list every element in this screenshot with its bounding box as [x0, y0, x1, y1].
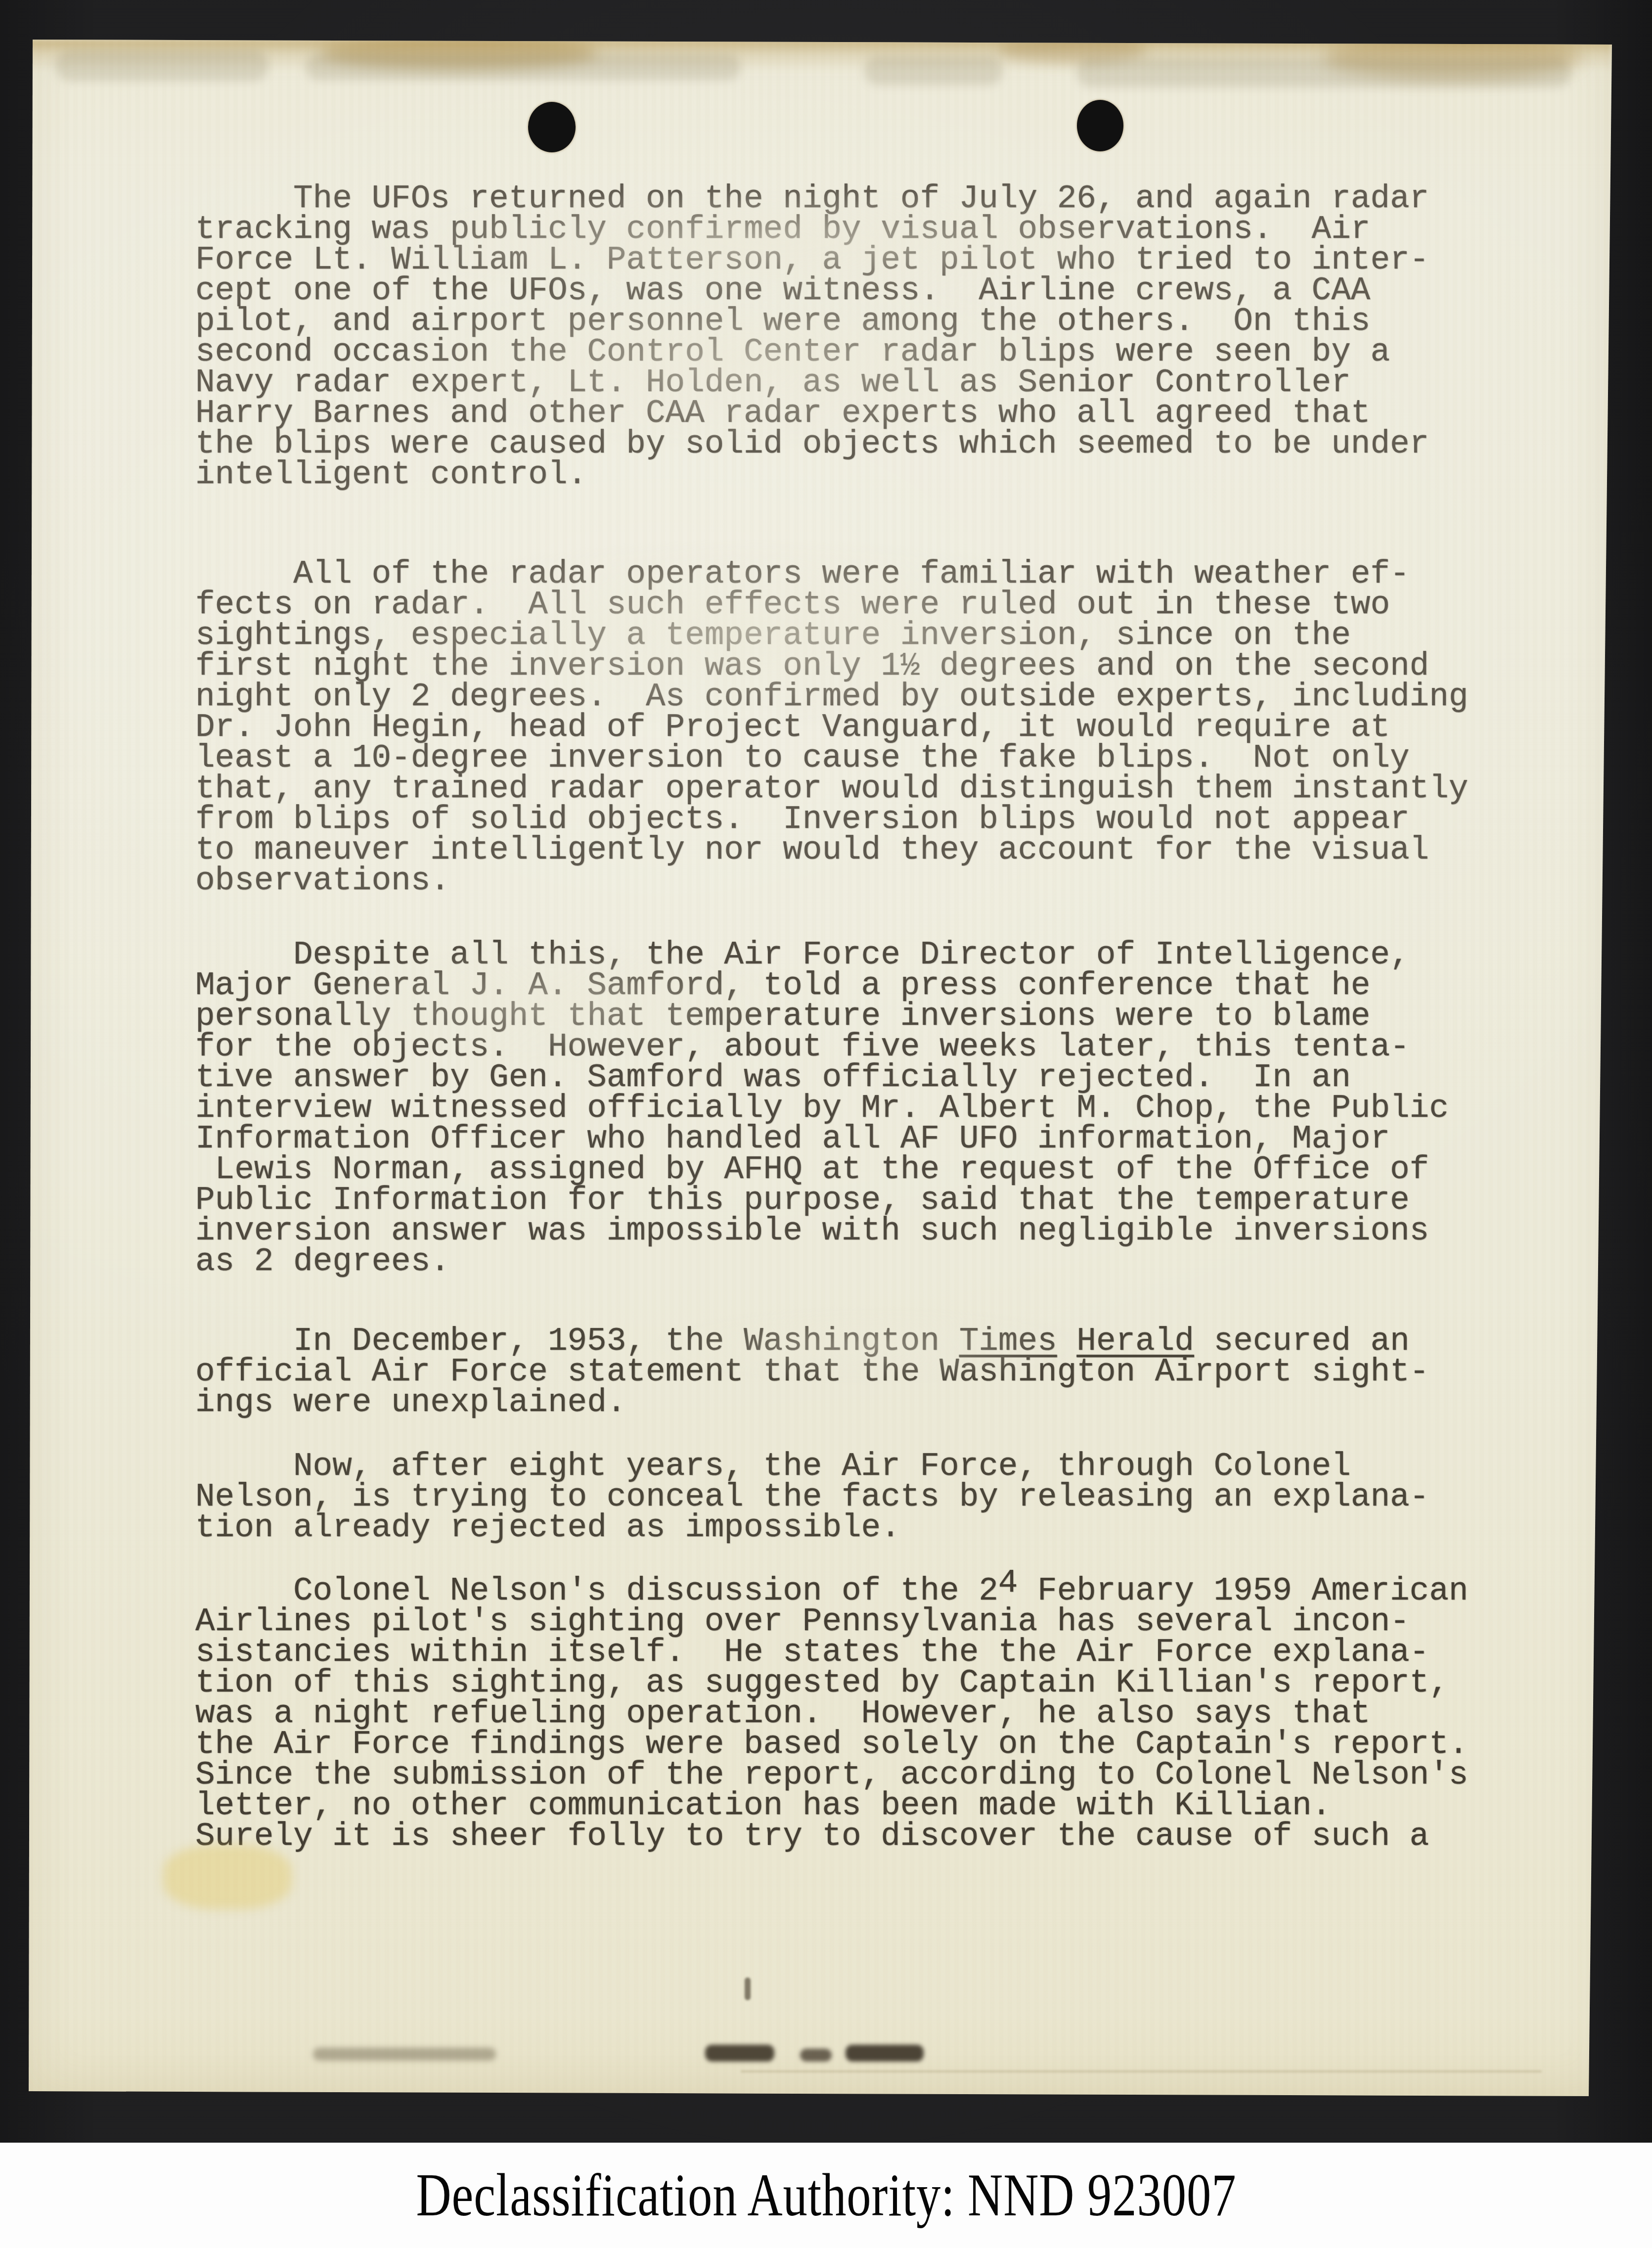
text-line: to maneuver intelligently nor would they… [195, 835, 1501, 866]
text-line: for the objects. However, about five wee… [195, 1032, 1501, 1062]
bottom-ink-smudge [313, 2048, 496, 2061]
declassification-authority-text: Declassification Authority: NND 923007 [416, 2160, 1236, 2230]
text-line: observations. [195, 866, 1501, 896]
scorch-blotch [998, 37, 1146, 64]
text-line: Force Lt. William L. Patterson, a jet pi… [195, 245, 1501, 275]
text-line: personally thought that temperature inve… [195, 1001, 1501, 1032]
text-line: the Air Force findings were based solely… [195, 1729, 1501, 1760]
text-line: Harry Barnes and other CAA radar experts… [195, 398, 1501, 429]
text-line: Nelson, is trying to conceal the facts b… [195, 1482, 1501, 1513]
text-line: tive answer by Gen. Samford was official… [195, 1062, 1501, 1093]
text-line: second occasion the Control Center radar… [195, 337, 1501, 367]
text-line: Information Officer who handled all AF U… [195, 1124, 1501, 1154]
text-line: tion of this sighting, as suggested by C… [195, 1668, 1501, 1698]
text-line: first night the inversion was only 1½ de… [195, 651, 1501, 682]
text-line: In December, 1953, the Washington Times … [195, 1326, 1501, 1357]
text-line: All of the radar operators were familiar… [195, 559, 1501, 590]
text-line: was a night refueling operation. However… [195, 1698, 1501, 1729]
text-line: Despite all this, the Air Force Director… [195, 940, 1501, 970]
text-line: letter, no other communication has been … [195, 1790, 1501, 1821]
document-paragraph: Colonel Nelson's discussion of the 24 Fe… [195, 1576, 1501, 1852]
bottom-ink-smudge [741, 2070, 1542, 2072]
text-line: pilot, and airport personnel were among … [195, 306, 1501, 337]
text-line: Dr. John Hegin, head of Project Vanguard… [195, 712, 1501, 743]
text-line: Public Information for this purpose, sai… [195, 1185, 1501, 1216]
text-line: the blips were caused by solid objects w… [195, 429, 1501, 459]
text-line: inversion answer was impossible with suc… [195, 1216, 1501, 1246]
text-line: intelligent control. [195, 459, 1501, 490]
text-line: Colonel Nelson's discussion of the 24 Fe… [195, 1576, 1501, 1606]
text-line: Since the submission of the report, acco… [195, 1760, 1501, 1790]
text-line: The UFOs returned on the night of July 2… [195, 184, 1501, 214]
bottom-ink-smudge [846, 2045, 924, 2062]
scorch-blotch [320, 36, 597, 70]
bottom-ink-smudge [705, 2045, 774, 2062]
document-paragraph: Despite all this, the Air Force Director… [195, 940, 1501, 1277]
ghost-text-smudge [864, 56, 1003, 85]
text-line: as 2 degrees. [195, 1246, 1501, 1277]
ghost-text-smudge [56, 50, 268, 81]
text-line: from blips of solid objects. Inversion b… [195, 804, 1501, 835]
punch-hole-left [528, 102, 576, 152]
text-line: official Air Force statement that the Wa… [195, 1357, 1501, 1387]
text-line: cept one of the UFOs, was one witness. A… [195, 275, 1501, 306]
document-text: The UFOs returned on the night of July 2… [195, 184, 1501, 1852]
declassification-banner: Declassification Authority: NND 923007 [0, 2143, 1652, 2248]
document-paragraph: The UFOs returned on the night of July 2… [195, 184, 1501, 490]
document-paragraph: In December, 1953, the Washington Times … [195, 1326, 1501, 1418]
scorch-blotch [1324, 35, 1581, 80]
document-paragraph: All of the radar operators were familiar… [195, 559, 1501, 896]
text-line: Lewis Norman, assigned by AFHQ at the re… [195, 1154, 1501, 1185]
text-line: Now, after eight years, the Air Force, t… [195, 1451, 1501, 1482]
bottom-ink-smudge [800, 2049, 832, 2062]
ghost-text-smudge [1077, 58, 1571, 87]
ghost-text-smudge [306, 54, 741, 80]
text-line: ings were unexplained. [195, 1387, 1501, 1418]
text-line: sistancies within itself. He states the … [195, 1637, 1501, 1668]
text-line: least a 10-degree inversion to cause the… [195, 743, 1501, 774]
text-line: Surely it is sheer folly to try to disco… [195, 1821, 1501, 1852]
text-line: tion already rejected as impossible. [195, 1513, 1501, 1543]
text-line: Major General J. A. Samford, told a pres… [195, 970, 1501, 1001]
text-line: interview witnessed officially by Mr. Al… [195, 1093, 1501, 1124]
text-line: fects on radar. All such effects were ru… [195, 590, 1501, 620]
text-line: night only 2 degrees. As confirmed by ou… [195, 682, 1501, 712]
document-paragraph: Now, after eight years, the Air Force, t… [195, 1451, 1501, 1543]
text-line: Airlines pilot's sighting over Pennsylva… [195, 1606, 1501, 1637]
bottom-ink-smudge [745, 1977, 751, 2000]
document-paper: The UFOs returned on the night of July 2… [29, 40, 1612, 2096]
punch-hole-right [1077, 100, 1123, 151]
scorched-top-edge [29, 40, 1612, 71]
text-line: that, any trained radar operator would d… [195, 774, 1501, 804]
scanned-document-page: The UFOs returned on the night of July 2… [0, 0, 1652, 2248]
text-line: Navy radar expert, Lt. Holden, as well a… [195, 367, 1501, 398]
text-line: tracking was publicly confirmed by visua… [195, 214, 1501, 245]
text-line: sightings, especially a temperature inve… [195, 620, 1501, 651]
